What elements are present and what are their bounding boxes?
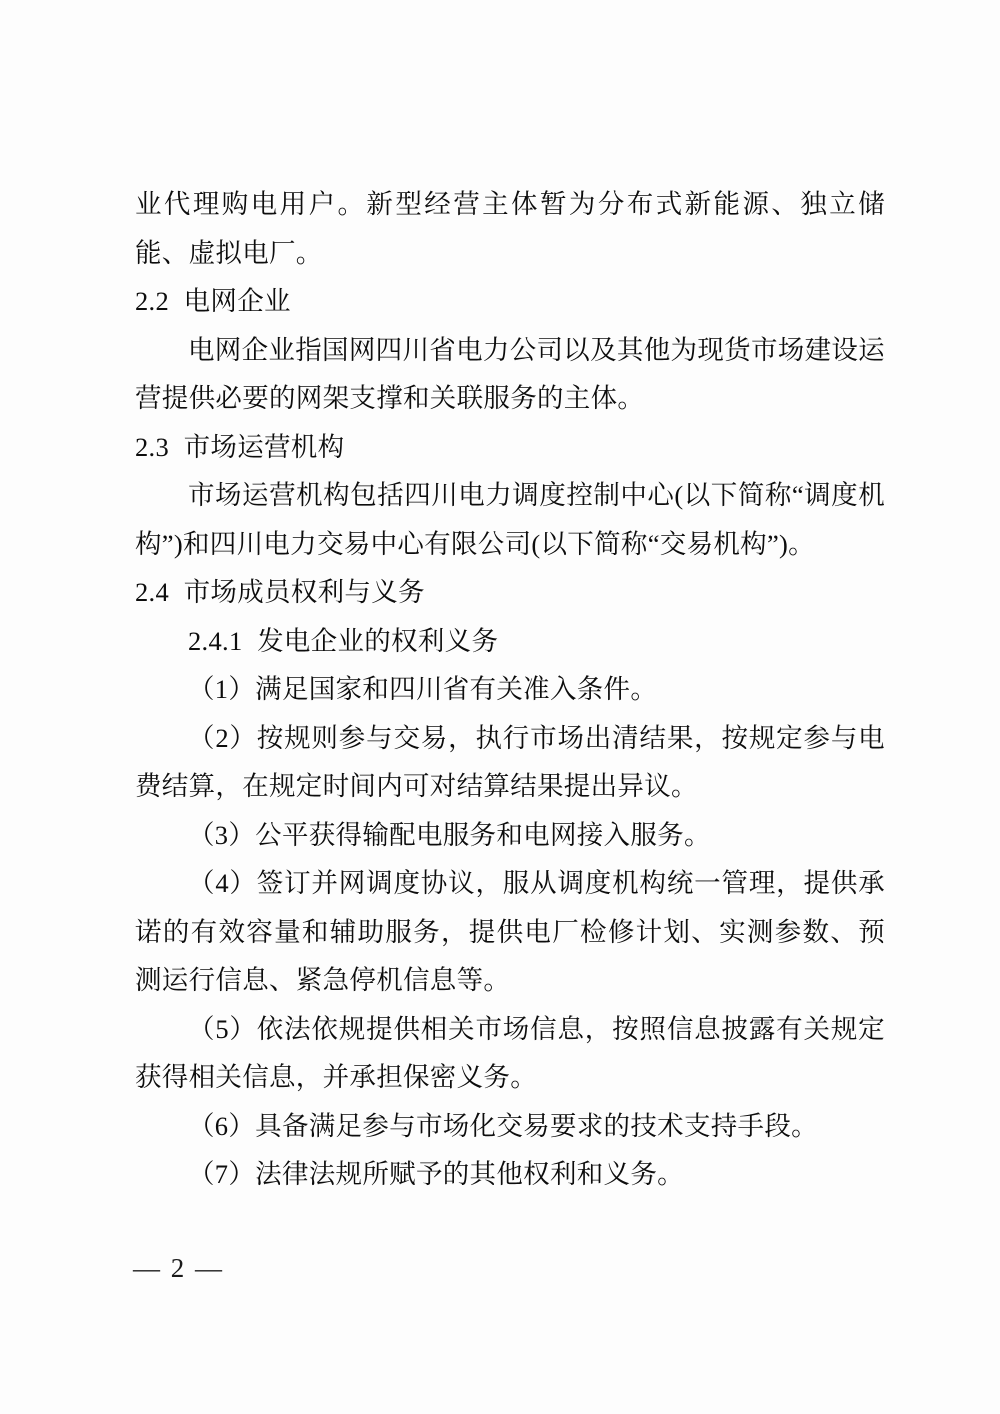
subsection-title: 发电企业的权利义务 (257, 626, 498, 656)
list-item-2: （2）按规则参与交易，执行市场出清结果，按规定参与电费结算，在规定时间内可对结算… (135, 714, 885, 811)
paragraph-continuation: 业代理购电用户。新型经营主体暂为分布式新能源、独立储能、虚拟电厂。 (135, 180, 885, 277)
subsection-number: 2.4.1 (188, 626, 243, 656)
page-number: — 2 — (133, 1248, 224, 1288)
subsection-heading-2-4-1: 2.4.1发电企业的权利义务 (135, 617, 885, 666)
list-item-1: （1）满足国家和四川省有关准入条件。 (135, 665, 885, 714)
section-heading-2-3: 2.3市场运营机构 (135, 423, 885, 472)
section-title: 电网企业 (184, 286, 291, 316)
section-title: 市场成员权利与义务 (184, 577, 425, 607)
document-page: 业代理购电用户。新型经营主体暂为分布式新能源、独立储能、虚拟电厂。 2.2电网企… (0, 0, 1000, 1414)
list-item-7: （7）法律法规所赋予的其他权利和义务。 (135, 1150, 885, 1199)
section-number: 2.2 (135, 286, 169, 316)
paragraph-grid-company: 电网企业指国网四川省电力公司以及其他为现货市场建设运营提供必要的网架支撑和关联服… (135, 326, 885, 423)
paragraph-market-operator: 市场运营机构包括四川电力调度控制中心(以下简称“调度机构”)和四川电力交易中心有… (135, 471, 885, 568)
section-number: 2.3 (135, 432, 169, 462)
section-heading-2-4: 2.4市场成员权利与义务 (135, 568, 885, 617)
section-number: 2.4 (135, 577, 169, 607)
section-heading-2-2: 2.2电网企业 (135, 277, 885, 326)
list-item-5: （5）依法依规提供相关市场信息，按照信息披露有关规定获得相关信息，并承担保密义务… (135, 1005, 885, 1102)
document-body: 业代理购电用户。新型经营主体暂为分布式新能源、独立储能、虚拟电厂。 2.2电网企… (135, 180, 885, 1199)
section-title: 市场运营机构 (184, 432, 345, 462)
list-item-3: （3）公平获得输配电服务和电网接入服务。 (135, 811, 885, 860)
list-item-6: （6）具备满足参与市场化交易要求的技术支持手段。 (135, 1102, 885, 1151)
list-item-4: （4）签订并网调度协议，服从调度机构统一管理，提供承诺的有效容量和辅助服务，提供… (135, 859, 885, 1005)
